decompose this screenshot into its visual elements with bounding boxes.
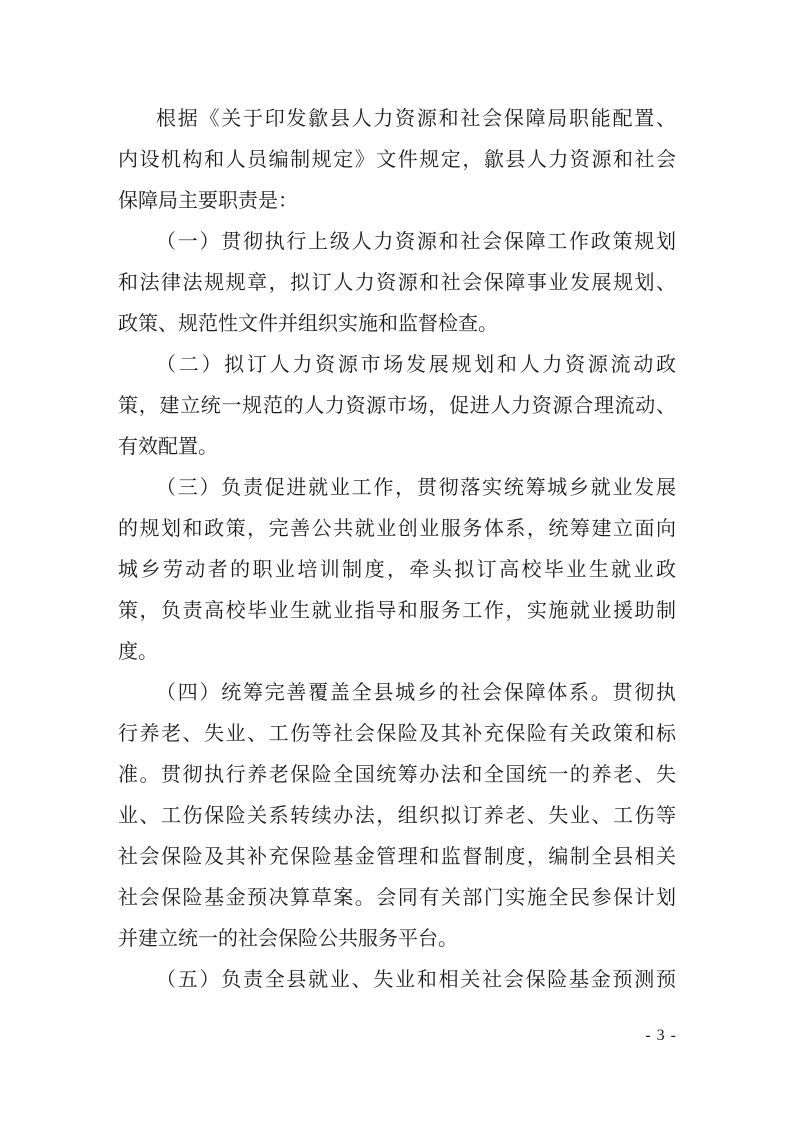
doc-line: 保障局主要职责是： <box>118 181 676 222</box>
doc-line: 和法律法规规章，拟订人力资源和社会保障事业发展规划、 <box>118 263 676 304</box>
paragraph-duty-1: （一）贯彻执行上级人力资源和社会保障工作政策规划 和法律法规规章，拟订人力资源和… <box>118 222 676 345</box>
page-number: - 3 - <box>645 1026 677 1046</box>
paragraph-duty-4: （四）统筹完善覆盖全县城乡的社会保障体系。贯彻执 行养老、失业、工伤等社会保险及… <box>118 673 676 960</box>
doc-line: 根据《关于印发歙县人力资源和社会保障局职能配置、 <box>118 99 676 140</box>
doc-line: （三）负责促进就业工作，贯彻落实统筹城乡就业发展 <box>118 468 676 509</box>
doc-line: 并建立统一的社会保险公共服务平台。 <box>118 919 676 960</box>
doc-line: （二）拟订人力资源市场发展规划和人力资源流动政 <box>118 345 676 386</box>
doc-line: 有效配置。 <box>118 427 676 468</box>
paragraph-duty-5: （五）负责全县就业、失业和相关社会保险基金预测预 <box>118 960 676 1001</box>
doc-line: 的规划和政策，完善公共就业创业服务体系，统筹建立面向 <box>118 509 676 550</box>
doc-line: 度。 <box>118 632 676 673</box>
paragraph-intro: 根据《关于印发歙县人力资源和社会保障局职能配置、 内设机构和人员编制规定》文件规… <box>118 99 676 222</box>
doc-line: （一）贯彻执行上级人力资源和社会保障工作政策规划 <box>118 222 676 263</box>
paragraph-duty-3: （三）负责促进就业工作，贯彻落实统筹城乡就业发展 的规划和政策，完善公共就业创业… <box>118 468 676 673</box>
doc-line: 策，负责高校毕业生就业指导和服务工作，实施就业援助制 <box>118 591 676 632</box>
document-body: 根据《关于印发歙县人力资源和社会保障局职能配置、 内设机构和人员编制规定》文件规… <box>118 99 676 1001</box>
doc-line: 内设机构和人员编制规定》文件规定，歙县人力资源和社会 <box>118 140 676 181</box>
document-page: 根据《关于印发歙县人力资源和社会保障局职能配置、 内设机构和人员编制规定》文件规… <box>0 0 793 1122</box>
doc-line: 行养老、失业、工伤等社会保险及其补充保险有关政策和标 <box>118 714 676 755</box>
doc-line: 社会保险基金预决算草案。会同有关部门实施全民参保计划 <box>118 878 676 919</box>
doc-line: 准。贯彻执行养老保险全国统筹办法和全国统一的养老、失 <box>118 755 676 796</box>
doc-line: 策，建立统一规范的人力资源市场，促进人力资源合理流动、 <box>118 386 676 427</box>
doc-line: 城乡劳动者的职业培训制度，牵头拟订高校毕业生就业政 <box>118 550 676 591</box>
paragraph-duty-2: （二）拟订人力资源市场发展规划和人力资源流动政 策，建立统一规范的人力资源市场，… <box>118 345 676 468</box>
doc-line: （四）统筹完善覆盖全县城乡的社会保障体系。贯彻执 <box>118 673 676 714</box>
doc-line: 社会保险及其补充保险基金管理和监督制度，编制全县相关 <box>118 837 676 878</box>
doc-line: （五）负责全县就业、失业和相关社会保险基金预测预 <box>118 960 676 1001</box>
doc-line: 政策、规范性文件并组织实施和监督检查。 <box>118 304 676 345</box>
doc-line: 业、工伤保险关系转续办法，组织拟订养老、失业、工伤等 <box>118 796 676 837</box>
